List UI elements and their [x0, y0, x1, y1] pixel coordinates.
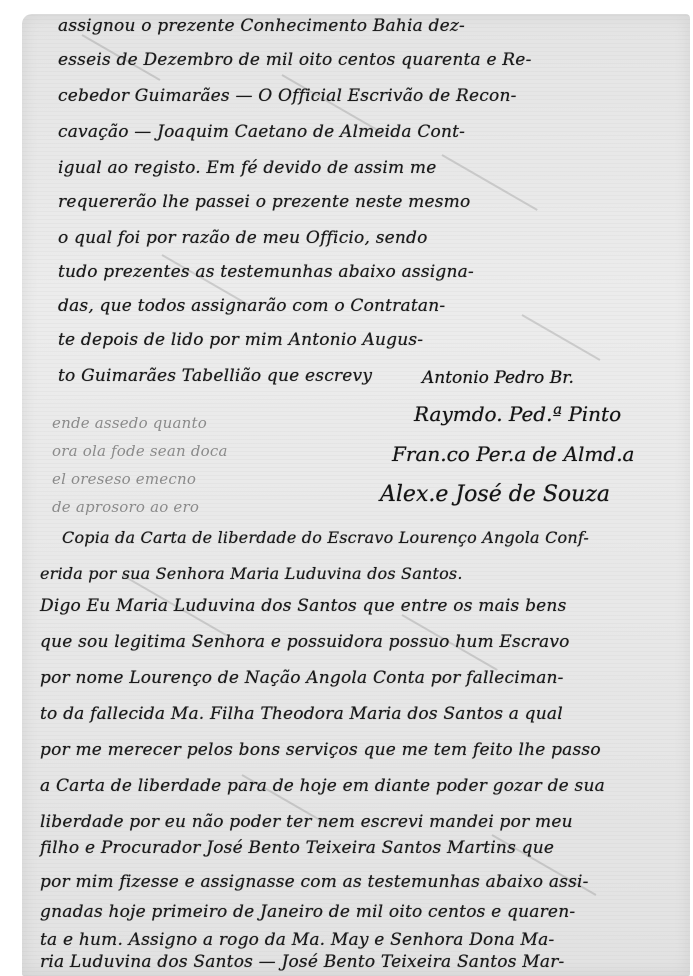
- text-line: assignou o prezente Conhecimento Bahia d…: [58, 16, 465, 36]
- text-line: to da fallecida Ma. Filha Theodora Maria…: [40, 704, 563, 724]
- text-line: tudo prezentes as testemunhas abaixo ass…: [58, 262, 474, 282]
- text-line: esseis de Dezembro de mil oito centos qu…: [58, 50, 532, 70]
- text-line: das, que todos assignarão com o Contrata…: [58, 296, 445, 316]
- text-line: ta e hum. Assigno a rogo da Ma. May e Se…: [40, 930, 554, 950]
- signature: Antonio Pedro Br.: [422, 368, 574, 388]
- section-title-line: erida por sua Senhora Maria Luduvina dos…: [40, 564, 463, 583]
- text-line: igual ao registo. Em fé devido de assim …: [58, 158, 437, 178]
- text-line: cebedor Guimarães — O Official Escrivão …: [58, 86, 517, 106]
- section-title-line: Copia da Carta de liberdade do Escravo L…: [62, 528, 589, 547]
- bleed-stroke: [522, 314, 601, 361]
- text-line: te depois de lido por mim Antonio Augus-: [58, 330, 423, 350]
- text-line: a Carta de liberdade para de hoje em dia…: [40, 776, 605, 796]
- text-line: cavação — Joaquim Caetano de Almeida Con…: [58, 122, 465, 142]
- text-line: gnadas hoje primeiro de Janeiro de mil o…: [40, 902, 575, 922]
- signature: Fran.co Per.a de Almd.a: [392, 442, 634, 466]
- bleed-through-text: de aprosoro ao ero: [52, 498, 199, 516]
- manuscript-page: assignou o prezente Conhecimento Bahia d…: [22, 14, 690, 976]
- text-line: to Guimarães Tabellião que escrevy: [58, 366, 372, 386]
- text-line: filho e Procurador José Bento Teixeira S…: [40, 838, 554, 858]
- bleed-through-text: el oreseso emecno: [52, 470, 196, 488]
- text-line: ria Luduvina dos Santos — José Bento Tei…: [40, 952, 565, 972]
- text-line: por nome Lourenço de Nação Angola Conta …: [40, 668, 564, 688]
- text-line: por mim fizesse e assignasse com as test…: [40, 872, 589, 892]
- signature: Raymdo. Ped.ª Pinto: [414, 402, 621, 426]
- text-line: que sou legitima Senhora e possuidora po…: [40, 632, 570, 652]
- bleed-through-text: ora ola fode sean doca: [52, 442, 228, 460]
- text-line: o qual foi por razão de meu Officio, sen…: [58, 228, 428, 248]
- text-line: liberdade por eu não poder ter nem escre…: [40, 812, 573, 832]
- signature: Alex.e José de Souza: [380, 482, 610, 507]
- bleed-through-text: ende assedo quanto: [52, 414, 207, 432]
- text-line: Digo Eu Maria Luduvina dos Santos que en…: [40, 596, 567, 616]
- text-line: por me merecer pelos bons serviços que m…: [40, 740, 601, 760]
- text-line: requererão lhe passei o prezente neste m…: [58, 192, 470, 212]
